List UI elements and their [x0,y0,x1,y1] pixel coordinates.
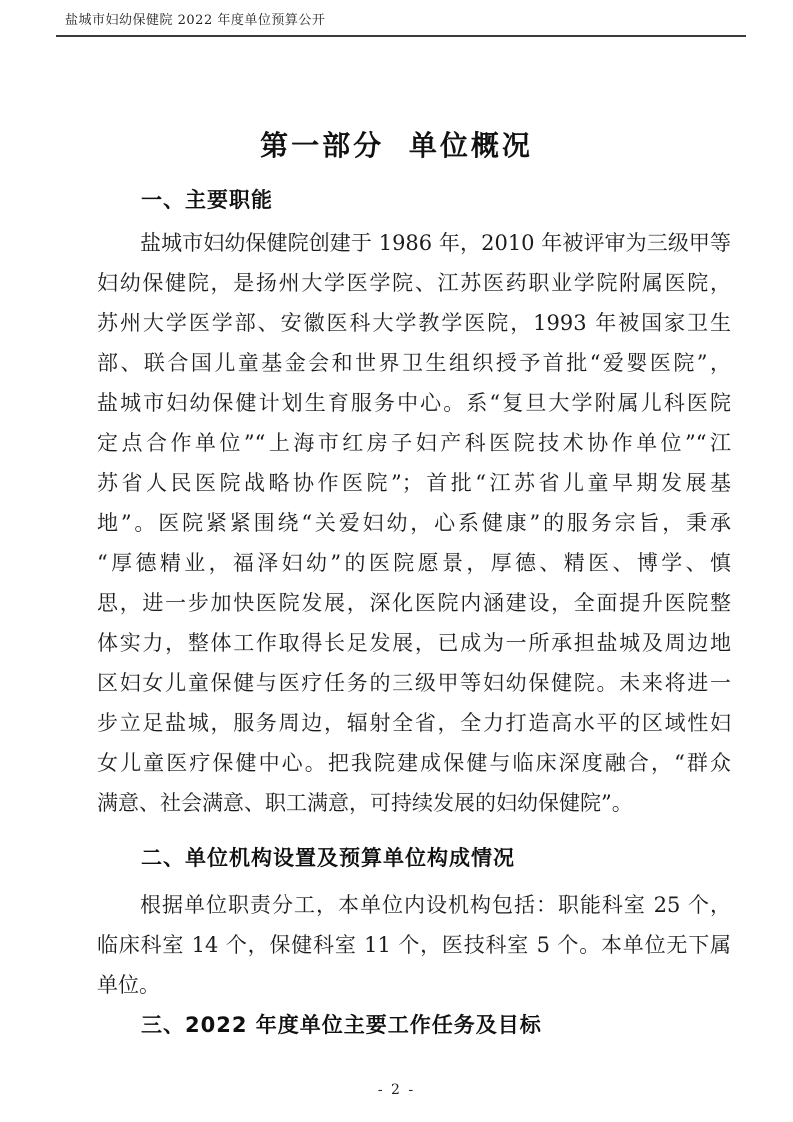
document-page: 盐城市妇幼保健院 2022 年度单位预算公开 第一部分 单位概况 一、主要职能 … [0,0,793,1122]
page-title: 第一部分 单位概况 [0,124,793,164]
body-line: 步立足盐城，服务周边，辐射全省，全力打造高水平的区域性妇 [97,703,731,743]
body-line: 苏省人民医院战略协作医院”；首批“江苏省儿童早期发展基 [97,463,731,503]
body-line: “厚德精业，福泽妇幼”的医院愿景，厚德、精医、博学、慎 [97,543,731,583]
header-rule [56,35,746,37]
section-heading-main-functions: 一、主要职能 [141,185,273,215]
body-line: 临床科室 14 个，保健科室 11 个，医技科室 5 个。本单位无下属 [97,925,731,965]
section-heading-org-structure: 二、单位机构设置及预算单位构成情况 [141,843,515,873]
body-line: 地”。医院紧紧围绕“关爱妇幼，心系健康”的服务宗旨，秉承 [97,503,731,543]
body-line: 苏州大学医学部、安徽医科大学教学医院，1993 年被国家卫生 [97,303,731,343]
body-line: 妇幼保健院，是扬州大学医学院、江苏医药职业学院附属医院， [97,263,731,303]
header-text: 盐城市妇幼保健院 2022 年度单位预算公开 [65,9,325,28]
body-line: 思，进一步加快医院发展，深化医院内涵建设，全面提升医院整 [97,583,731,623]
body-line: 根据单位职责分工，本单位内设机构包括：职能科室 25 个， [97,885,731,925]
footer-page-number: - 2 - [0,1082,793,1098]
paragraph-org-structure: 根据单位职责分工，本单位内设机构包括：职能科室 25 个， 临床科室 14 个，… [97,885,731,1005]
body-line: 满意、社会满意、职工满意，可持续发展的妇幼保健院”。 [97,783,731,823]
body-line: 盐城市妇幼保健院创建于 1986 年，2010 年被评审为三级甲等 [97,223,731,263]
body-line: 女儿童医疗保健中心。把我院建成保健与临床深度融合，“群众 [97,743,731,783]
body-line: 定点合作单位”“上海市红房子妇产科医院技术协作单位”“江 [97,423,731,463]
paragraph-main-functions: 盐城市妇幼保健院创建于 1986 年，2010 年被评审为三级甲等 妇幼保健院，… [97,223,731,823]
body-line: 体实力，整体工作取得长足发展，已成为一所承担盐城及周边地 [97,623,731,663]
section-heading-2022-tasks: 三、2022 年度单位主要工作任务及目标 [141,1010,542,1040]
body-line: 部、联合国儿童基金会和世界卫生组织授予首批“爱婴医院”， [97,343,731,383]
body-line: 区妇女儿童保健与医疗任务的三级甲等妇幼保健院。未来将进一 [97,663,731,703]
body-line: 单位。 [97,965,731,1005]
body-line: 盐城市妇幼保健计划生育服务中心。系“复旦大学附属儿科医院 [97,383,731,423]
